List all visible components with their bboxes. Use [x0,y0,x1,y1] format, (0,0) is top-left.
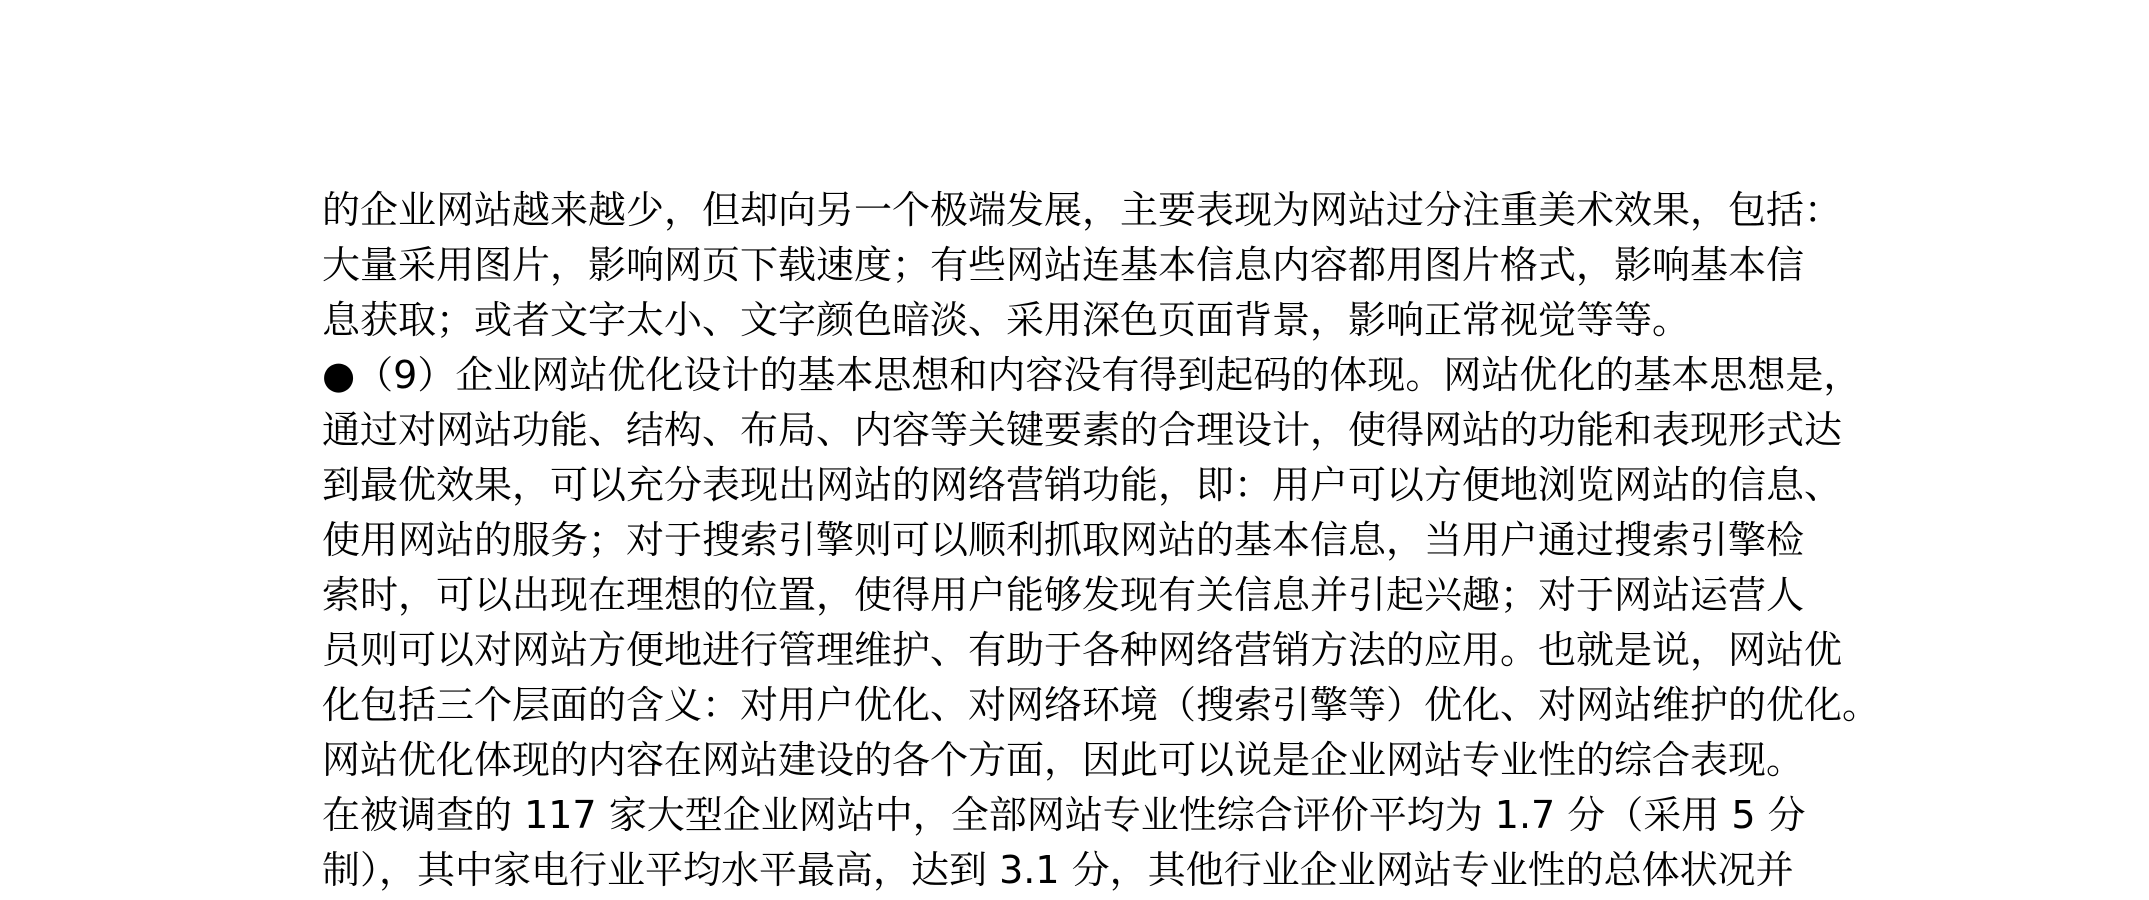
text-line: 员则可以对网站方便地进行管理维护、有助于各种网络营销方法的应用。也就是说，网站优 [322,623,1852,678]
text-line-clipped: 制），其中家电行业平均水平最高，达到 3.1 分，其他行业企业网站专业性的总体状… [322,843,1852,898]
text-line: 的企业网站越来越少，但却向另一个极端发展，主要表现为网站过分注重美术效果，包括： [322,183,1852,238]
text-line: 化包括三个层面的含义：对用户优化、对网络环境（搜索引擎等）优化、对网站维护的优化… [322,678,1852,733]
text-line: 索时，可以出现在理想的位置，使得用户能够发现有关信息并引起兴趣；对于网站运营人 [322,568,1852,623]
body-text-block: 的企业网站越来越少，但却向另一个极端发展，主要表现为网站过分注重美术效果，包括：… [322,183,1852,898]
text-line: 到最优效果，可以充分表现出网站的网络营销功能，即：用户可以方便地浏览网站的信息、 [322,458,1852,513]
text-line: 大量采用图片，影响网页下载速度；有些网站连基本信息内容都用图片格式，影响基本信 [322,238,1852,293]
text-line: 在被调查的 117 家大型企业网站中，全部网站专业性综合评价平均为 1.7 分（… [322,788,1852,843]
text-line-bullet-item: ●（9）企业网站优化设计的基本思想和内容没有得到起码的体现。网站优化的基本思想是… [322,348,1852,403]
text-line: 使用网站的服务；对于搜索引擎则可以顺利抓取网站的基本信息，当用户通过搜索引擎检 [322,513,1852,568]
text-line: 网站优化体现的内容在网站建设的各个方面，因此可以说是企业网站专业性的综合表现。 [322,733,1852,788]
document-page: 的企业网站越来越少，但却向另一个极端发展，主要表现为网站过分注重美术效果，包括：… [0,0,2149,900]
text-line: 息获取；或者文字太小、文字颜色暗淡、采用深色页面背景，影响正常视觉等等。 [322,293,1852,348]
text-line: 通过对网站功能、结构、布局、内容等关键要素的合理设计，使得网站的功能和表现形式达 [322,403,1852,458]
